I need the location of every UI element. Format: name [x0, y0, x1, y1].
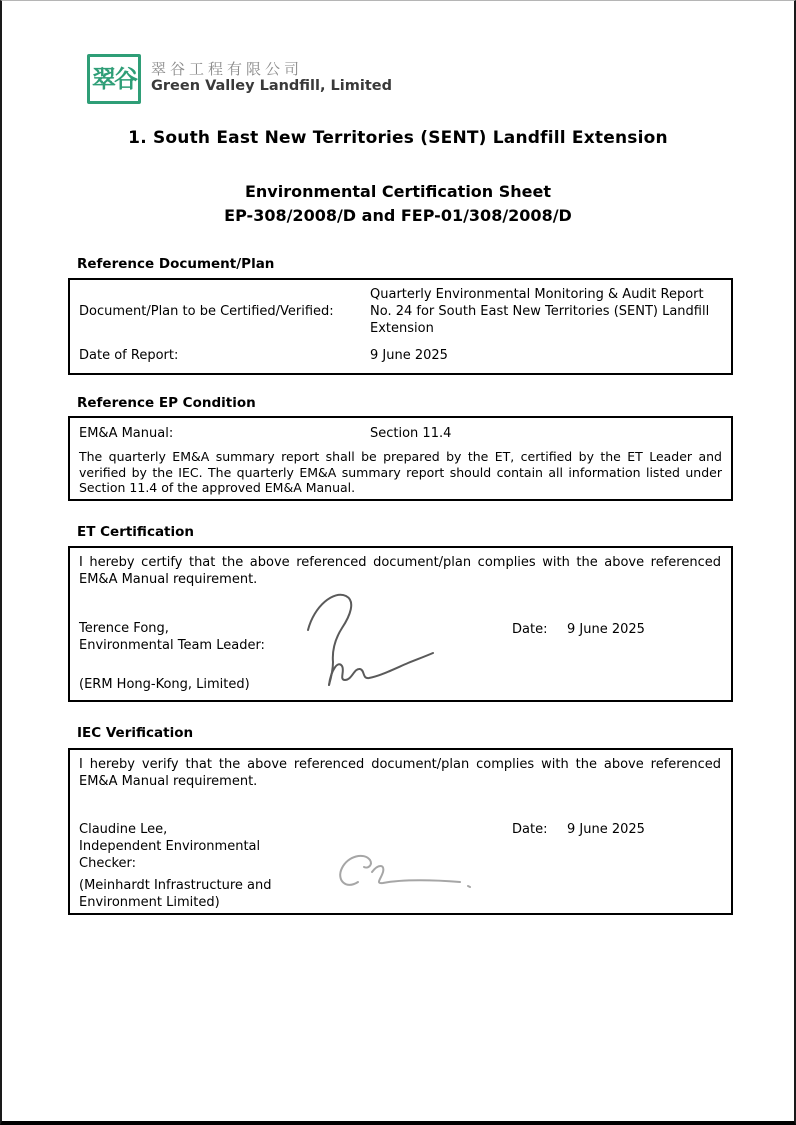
- table-row: Date of Report: 9 June 2025: [70, 347, 731, 364]
- signer-title: Independent Environmental Checker:: [79, 838, 284, 872]
- reference-document-box: Document/Plan to be Certified/Verified: …: [68, 278, 733, 375]
- company-logo-block: 翠谷 翠谷工程有限公司 Green Valley Landfill, Limit…: [87, 54, 392, 104]
- row-label: EM&A Manual:: [79, 425, 370, 442]
- table-row: Document/Plan to be Certified/Verified: …: [70, 286, 731, 337]
- heading-et-certification: ET Certification: [77, 524, 194, 540]
- verification-statement: I hereby verify that the above reference…: [70, 750, 730, 790]
- company-name-zh: 翠谷工程有限公司: [151, 60, 392, 78]
- row-value: 9 June 2025: [370, 347, 722, 364]
- logo-glyph: 翠谷: [92, 67, 136, 91]
- et-certification-box: I hereby certify that the above referenc…: [68, 546, 733, 702]
- et-signer-name-title: Terence Fong, Environmental Team Leader:: [79, 620, 309, 654]
- heading-reference-document: Reference Document/Plan: [77, 256, 274, 272]
- document-title: 1. South East New Territories (SENT) Lan…: [2, 128, 794, 148]
- date-label: Date:: [512, 621, 547, 638]
- heading-iec-verification: IEC Verification: [77, 725, 193, 741]
- row-label: Document/Plan to be Certified/Verified:: [79, 303, 370, 320]
- green-valley-logo-icon: 翠谷: [87, 54, 141, 104]
- document-subtitle: Environmental Certification Sheet EP-308…: [2, 180, 794, 228]
- date-value: 9 June 2025: [567, 821, 645, 838]
- ep-condition-note: The quarterly EM&A summary report shall …: [70, 449, 731, 496]
- iec-verification-box: I hereby verify that the above reference…: [68, 748, 733, 915]
- signer-title: Environmental Team Leader:: [79, 637, 309, 654]
- certification-sheet-page: 翠谷 翠谷工程有限公司 Green Valley Landfill, Limit…: [0, 0, 796, 1125]
- signer-name: Claudine Lee,: [79, 821, 284, 838]
- signer-name: Terence Fong,: [79, 620, 309, 637]
- iec-signer-name-title: Claudine Lee, Independent Environmental …: [79, 821, 284, 872]
- signer-company: (Meinhardt Infrastructure and Environmen…: [79, 877, 297, 911]
- reference-ep-condition-box: EM&A Manual: Section 11.4 The quarterly …: [68, 416, 733, 501]
- row-value: Quarterly Environmental Monitoring & Aud…: [370, 286, 722, 337]
- row-label: Date of Report:: [79, 347, 370, 364]
- subtitle-line1: Environmental Certification Sheet: [2, 180, 794, 204]
- subtitle-line2: EP-308/2008/D and FEP-01/308/2008/D: [2, 204, 794, 228]
- row-value: Section 11.4: [370, 425, 722, 442]
- company-names: 翠谷工程有限公司 Green Valley Landfill, Limited: [151, 54, 392, 95]
- date-value: 9 June 2025: [567, 621, 645, 638]
- table-row: EM&A Manual: Section 11.4: [70, 425, 731, 442]
- company-name-en: Green Valley Landfill, Limited: [151, 78, 392, 95]
- certification-statement: I hereby certify that the above referenc…: [70, 548, 730, 588]
- et-leader-signature: [288, 586, 438, 691]
- iec-checker-signature: [328, 846, 478, 898]
- heading-reference-ep-condition: Reference EP Condition: [77, 395, 256, 411]
- date-label: Date:: [512, 821, 547, 838]
